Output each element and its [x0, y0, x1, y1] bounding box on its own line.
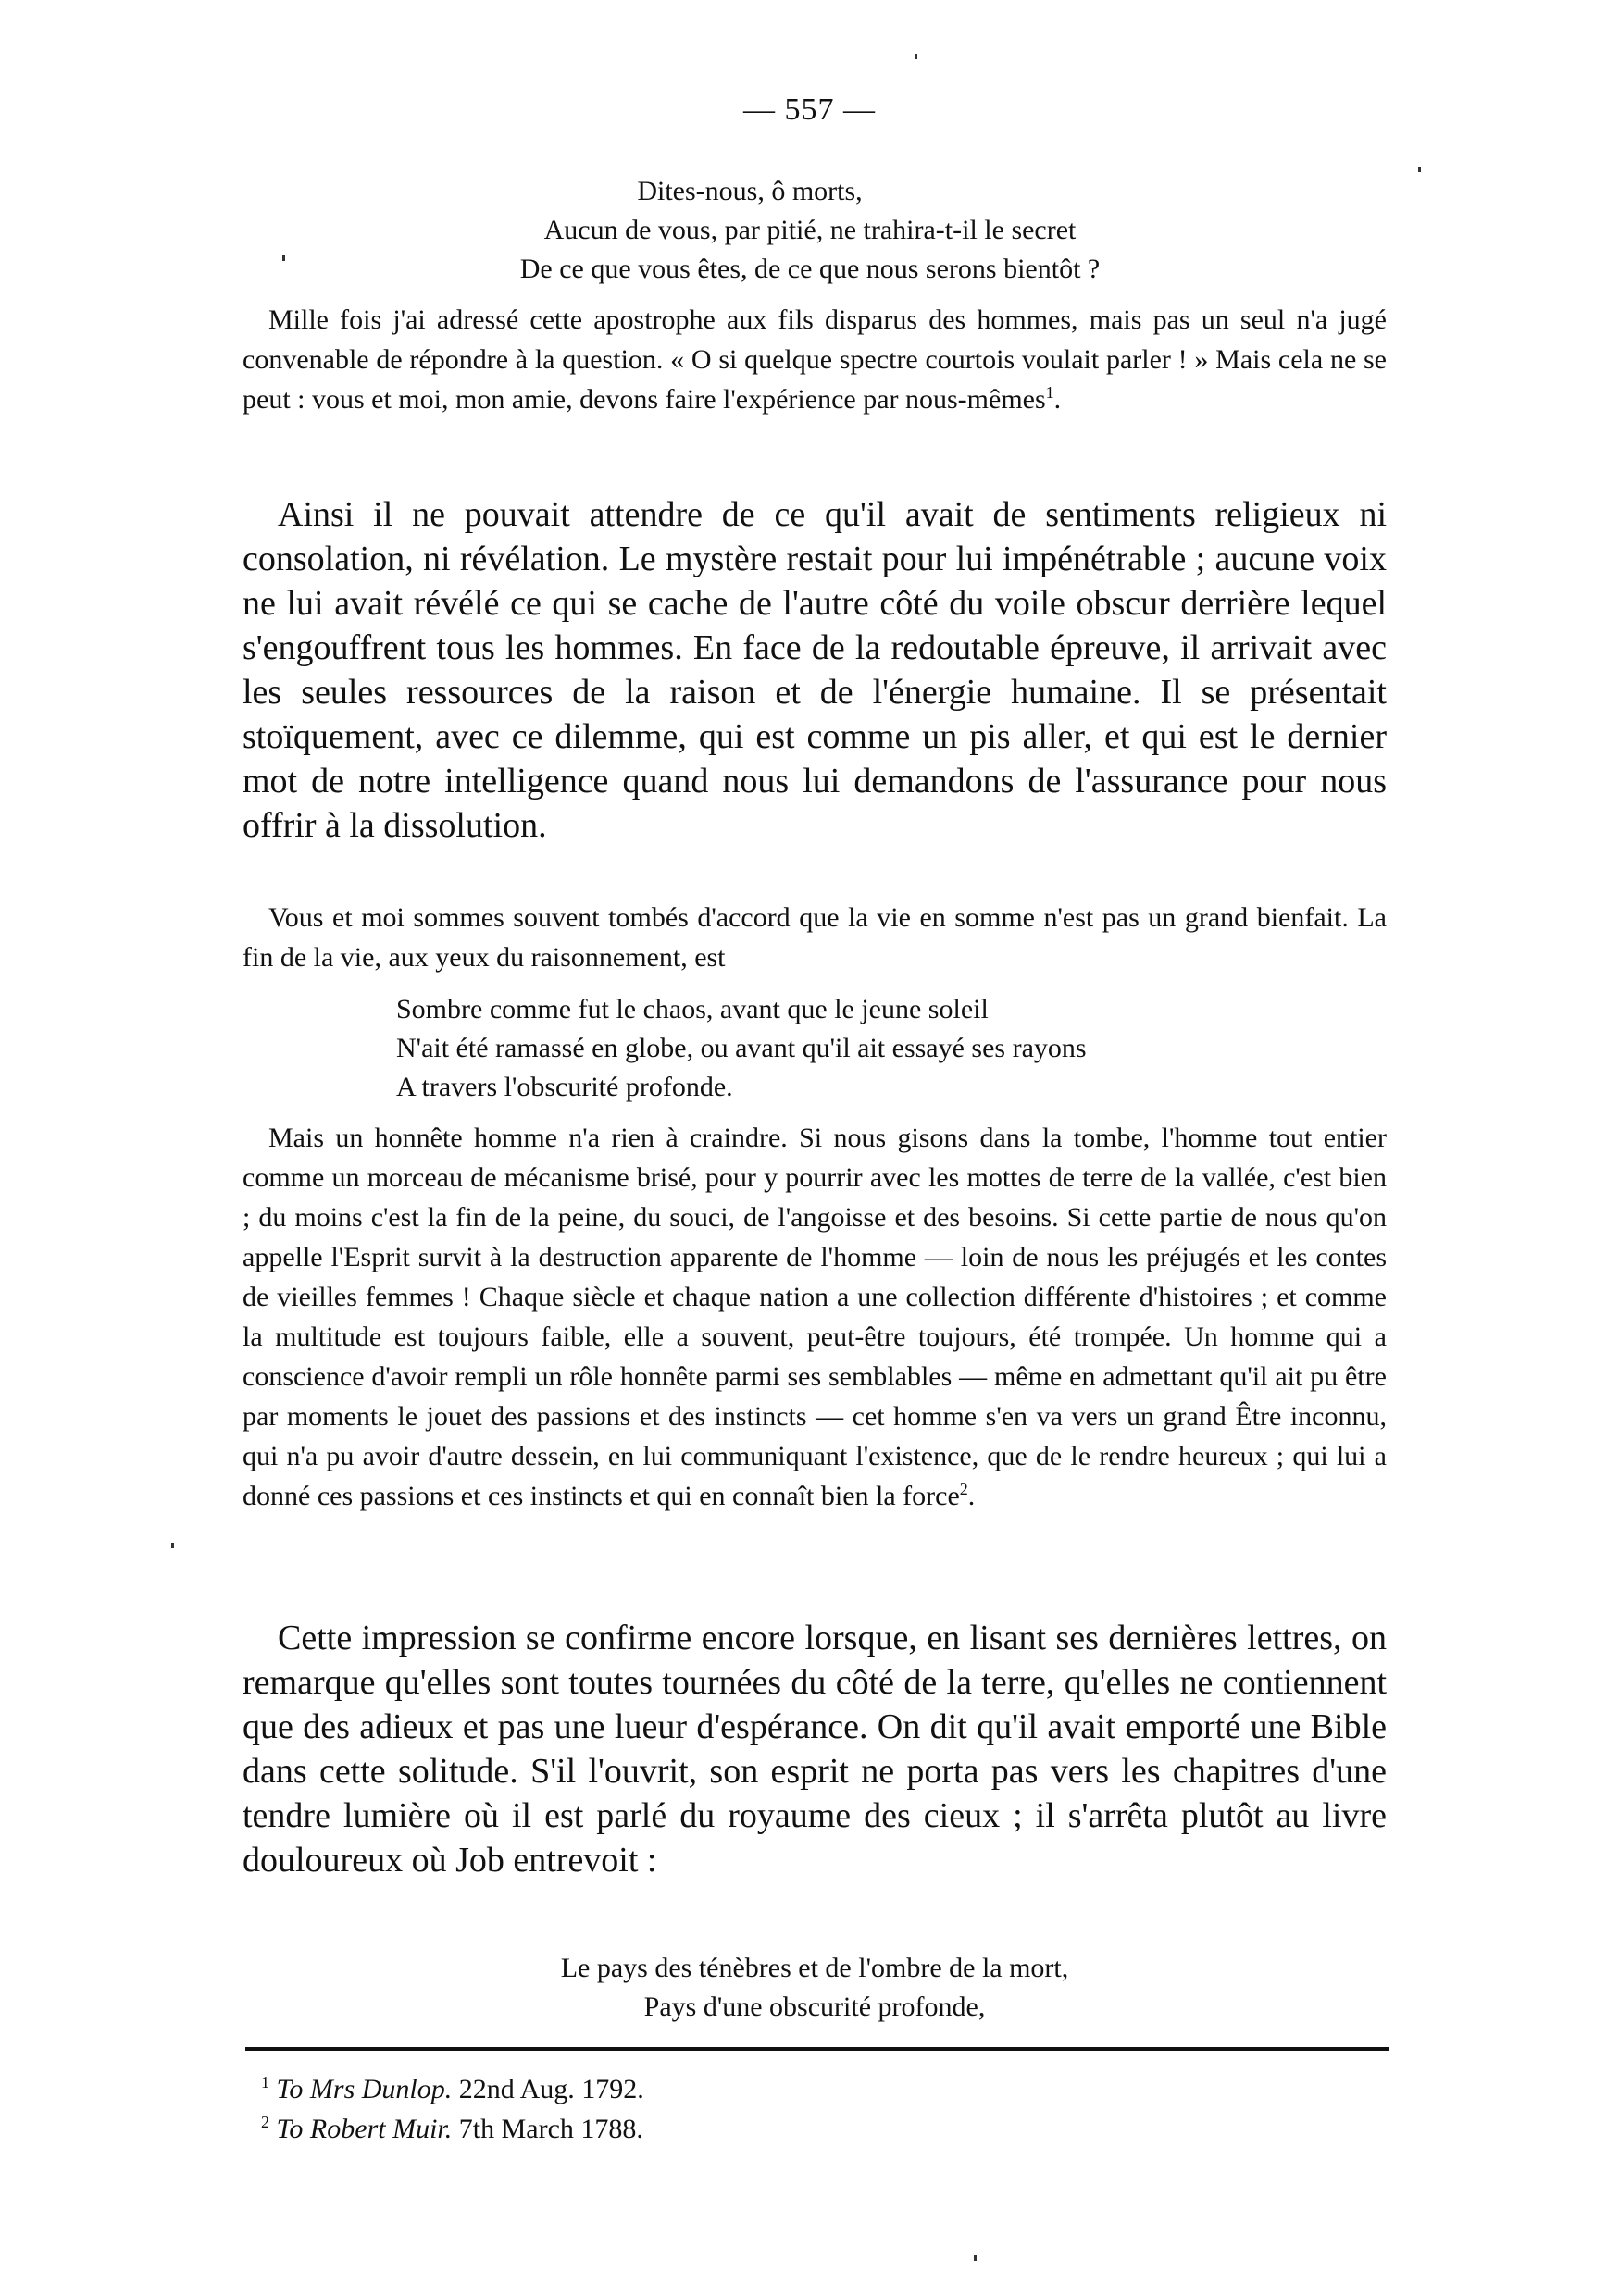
scan-speck [974, 2255, 977, 2261]
footnote-date: 7th March 1788. [452, 2114, 643, 2144]
paragraph-ainsi: Ainsi il ne pouvait attendre de ce qu'il… [243, 492, 1387, 848]
quote-vous-et-moi: Vous et moi sommes souvent tombés d'acco… [243, 898, 1387, 977]
paragraph-text: Cette impression se confirme encore lors… [243, 1616, 1387, 1882]
period: . [968, 1481, 976, 1511]
footnote-number: 1 [261, 2073, 269, 2091]
scan-speck [915, 54, 917, 59]
quote-text: Vous et moi sommes souvent tombés d'acco… [243, 898, 1387, 977]
scan-speck [282, 255, 285, 261]
scan-speck [171, 1543, 174, 1548]
footnote-rule [245, 2047, 1389, 2051]
verse-pays-des-tenebres: Le pays des ténèbres et de l'ombre de la… [243, 1949, 1387, 2027]
quote-text: Mais un honnête homme n'a rien à craindr… [243, 1123, 1387, 1511]
quote-honnete-homme: Mais un honnête homme n'a rien à craindr… [243, 1118, 1387, 1516]
quote-text: Mille fois j'ai adressé cette apostrophe… [243, 304, 1387, 415]
verse-sombre: Sombre comme fut le chaos, avant que le … [396, 990, 1087, 1107]
scan-speck [1418, 167, 1421, 172]
paragraph-cette-impression: Cette impression se confirme encore lors… [243, 1616, 1387, 1882]
verse-line: Le pays des ténèbres et de l'ombre de la… [243, 1949, 1387, 1988]
footnotes: 1 To Mrs Dunlop. 22nd Aug. 1792. 2 To Ro… [261, 2069, 644, 2149]
footnote-date: 22nd Aug. 1792. [452, 2074, 644, 2104]
period: . [1054, 384, 1062, 415]
verse-line: Dites-nous, ô morts, [157, 172, 1342, 211]
verse-line: De ce que vous êtes, de ce que nous sero… [278, 250, 1342, 289]
verse-line: A travers l'obscurité profonde. [396, 1068, 1087, 1107]
footnote-ref: 2 [960, 1480, 968, 1498]
footnote-1: 1 To Mrs Dunlop. 22nd Aug. 1792. [261, 2069, 644, 2109]
quote-mille-fois: Mille fois j'ai adressé cette apostrophe… [243, 300, 1387, 419]
footnote-recipient: To Robert Muir. [277, 2114, 453, 2144]
footnote-ref: 1 [1046, 383, 1054, 402]
verse-line: Aucun de vous, par pitié, ne trahira-t-i… [278, 211, 1342, 250]
footnote-recipient: To Mrs Dunlop. [277, 2074, 453, 2104]
footnote-2: 2 To Robert Muir. 7th March 1788. [261, 2109, 644, 2149]
verse-line: N'ait été ramassé en globe, ou avant qu'… [396, 1029, 1087, 1068]
verse-line: Pays d'une obscurité profonde, [243, 1988, 1387, 2027]
paragraph-text: Ainsi il ne pouvait attendre de ce qu'il… [243, 492, 1387, 848]
verse-dites-nous: Dites-nous, ô morts, Aucun de vous, par … [278, 172, 1342, 289]
verse-line: Sombre comme fut le chaos, avant que le … [396, 990, 1087, 1029]
footnote-number: 2 [261, 2113, 269, 2131]
page-number: — 557 — [0, 93, 1619, 128]
